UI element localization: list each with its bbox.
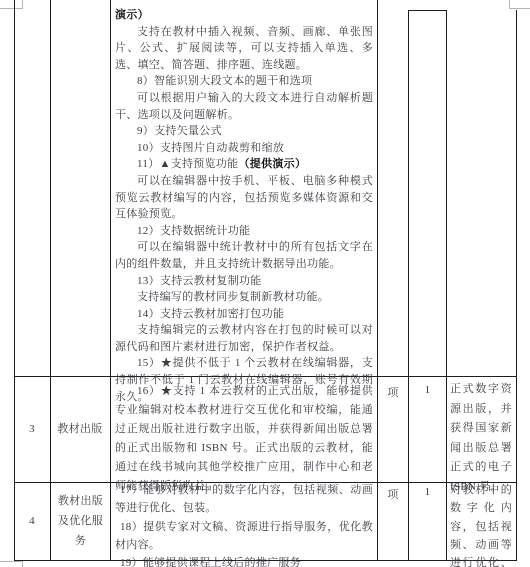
paragraph: 可以根据用户输入的大段文本进行自动解析题干、选项以及问题解析。 [115, 90, 373, 123]
qty-cell-row-a [409, 10, 446, 375]
paragraph: 10）支持图片自动裁剪和缩放 [115, 140, 373, 157]
table-border-right [516, 10, 517, 560]
qty-cell-row-b: 1 [409, 377, 446, 481]
paragraph: 支持编辑完的云教材内容在打包的时候可以对源代码和图片素材进行加密，保护作者权益。 [115, 322, 373, 355]
paragraph: 17）能够对教材中的数字化内容，包括视频、动画等进行优化、包装。 [115, 481, 373, 518]
text-run: 12）支持数据统计功能 [137, 225, 250, 237]
text-run: 支持在教材中插入视频、音频、画廊、单张图片、公式、扩展阅读等，可以支持插入单选、… [115, 26, 373, 71]
text-run: 可以根据用户输入的大段文本进行自动解析题干、选项以及问题解析。 [115, 92, 373, 121]
requirement-text-cell-row-b: 16）★支持 1 本云教材的正式出版，能够提供专业编辑对校本教材进行交互优化和审… [115, 382, 373, 480]
bold-text-run: （提供演示） [238, 158, 306, 170]
paragraph: 支持编写的教材同步复制新教材功能。 [115, 289, 373, 306]
table-divider-qty-remark [446, 10, 447, 560]
text-run: 17）能够对教材中的数字化内容，包括视频、动画等进行优化、包装。 [115, 484, 373, 514]
seq-cell-row-a [15, 0, 49, 375]
paragraph: 19）能够提供课程上线后的推广服务 [115, 554, 373, 567]
seq-cell-row-c: 4 [15, 483, 49, 559]
text-run: 10）支持图片自动裁剪和缩放 [137, 142, 284, 154]
paragraph: 11）▲支持预览功能（提供演示） [115, 156, 373, 173]
qty-cell-row-c: 1 [409, 483, 446, 559]
paragraph: 18）提供专家对文稿、资源进行指导服务，优化教材内容。 [115, 518, 373, 555]
page-corner-mark-top-right [509, 0, 530, 9]
text-run: 支持编写的教材同步复制新教材功能。 [137, 291, 329, 303]
paragraph: 9）支持矢量公式 [115, 123, 373, 140]
paragraph: 可以在编辑器中按手机、平板、电脑多种模式预览云教材编写的内容，包括预览多媒体资源… [115, 173, 373, 223]
paragraph: 支持在教材中插入视频、音频、画廊、单张图片、公式、扩展阅读等，可以支持插入单选、… [115, 24, 373, 74]
paragraph: 14）支持云教材加密打包功能 [115, 306, 373, 323]
remark-cell-row-c: 对教材中的数字化内容，包括视频、动画等进行优化、包装。 [450, 481, 512, 560]
remark-cell-row-a [450, 10, 512, 375]
text-run: 14）支持云教材加密打包功能 [137, 308, 284, 320]
text-run: 18）提供专家对文稿、资源进行指导服务，优化教材内容。 [115, 521, 373, 551]
category-cell-row-a [51, 0, 109, 375]
paragraph: 12）支持数据统计功能 [115, 223, 373, 240]
requirement-text-cell-row-c: 17）能够对教材中的数字化内容，包括视频、动画等进行优化、包装。18）提供专家对… [115, 481, 373, 560]
paragraph: 8）智能识别大段文本的题干和选项 [115, 73, 373, 90]
page-corner-mark-bottom-left [0, 561, 23, 567]
text-run: 可以在编辑器中统计教材中的所有包括文字在内的组件数量，并且支持统计数据导出功能。 [115, 241, 373, 270]
paragraph: 16）★支持 1 本云教材的正式出版，能够提供专业编辑对校本教材进行交互优化和审… [115, 382, 373, 496]
unit-cell-row-b: 项 [378, 377, 408, 481]
unit-cell-row-c: 项 [378, 483, 408, 559]
bold-text-run: 演示） [115, 9, 149, 21]
paragraph: 13）支持云教材复制功能 [115, 273, 373, 290]
text-run: 9）支持矢量公式 [137, 125, 222, 137]
text-run: 8）智能识别大段文本的题干和选项 [137, 75, 312, 87]
text-run: 19）能够提供课程上线后的推广服务 [120, 557, 301, 567]
table-divider-category-content [110, 0, 111, 560]
text-run: 可以在编辑器中按手机、平板、电脑多种模式预览云教材编写的内容，包括预览多媒体资源… [115, 175, 373, 220]
requirement-text-cell-row-a: 演示）支持在教材中插入视频、音频、画廊、单张图片、公式、扩展阅读等，可以支持插入… [115, 7, 373, 373]
seq-cell-row-b: 3 [15, 377, 49, 481]
category-cell-row-b: 教材出版 [51, 377, 109, 481]
text-run: 支持编辑完的云教材内容在打包的时候可以对源代码和图片素材进行加密，保护作者权益。 [115, 324, 373, 353]
paragraph: 可以在编辑器中统计教材中的所有包括文字在内的组件数量，并且支持统计数据导出功能。 [115, 239, 373, 272]
paragraph: 演示） [115, 7, 373, 24]
text-run: 13）支持云教材复制功能 [137, 275, 262, 287]
document-page: 演示）支持在教材中插入视频、音频、画廊、单张图片、公式、扩展阅读等，可以支持插入… [0, 0, 530, 567]
remark-cell-row-b: 正式数字资源出版，并获得国家新闻出版总署正式的电子 ISBN 号。 [450, 380, 512, 480]
unit-cell-row-a [378, 0, 408, 375]
text-run: 11）▲支持预览功能 [137, 158, 238, 170]
text-run: 16）★支持 1 本云教材的正式出版，能够提供专业编辑对校本教材进行交互优化和审… [115, 385, 373, 492]
category-cell-row-c: 教材出版及优化服务 [53, 483, 108, 559]
